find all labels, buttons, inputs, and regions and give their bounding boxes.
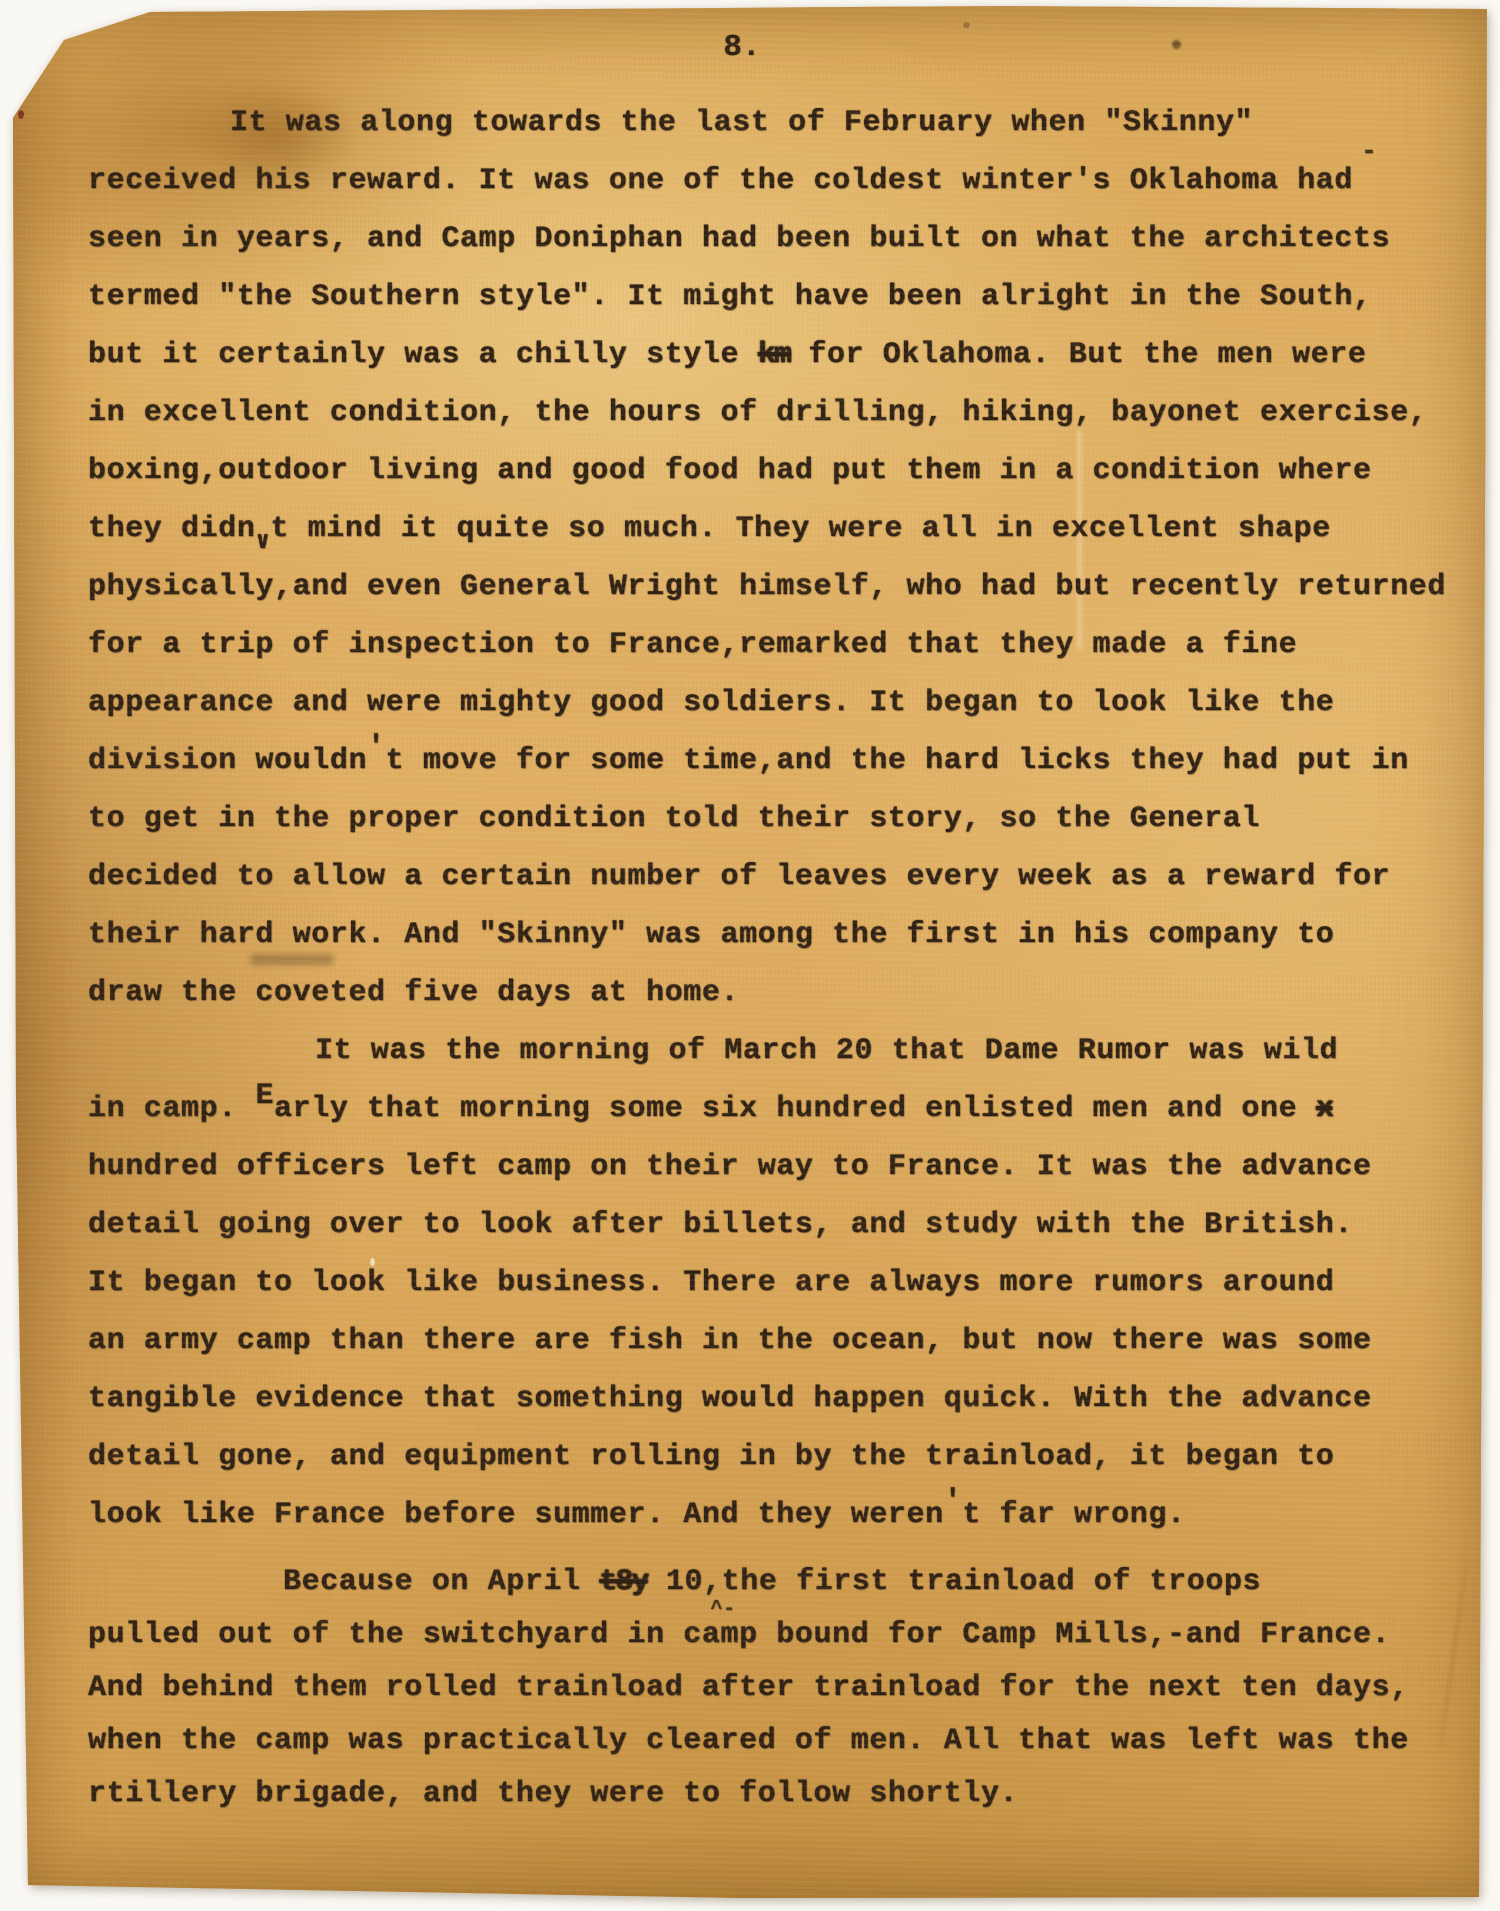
paragraph: It was the morning of March 20 that Dame… (88, 1022, 1463, 1544)
text-line: rtillery brigade, and they were to follo… (88, 1768, 1463, 1821)
manuscript-page: 8. It was along towards the last of Febr… (0, 0, 1500, 1911)
typed-correction: ' (367, 731, 386, 765)
typed-text: tangible evidence that something would h… (88, 1382, 1372, 1416)
text-line: their hard work. And "Skinny" was among … (88, 906, 1463, 964)
typed-text: physically,and even General Wright himse… (88, 570, 1446, 604)
typed-text: look like France before summer. And they… (88, 1498, 944, 1532)
typed-text: their hard work. And "Skinny" was among … (88, 918, 1334, 952)
typed-text: It was along towards the last of Februar… (230, 106, 1253, 140)
typed-text: It was the morning of March 20 that Dame… (315, 1034, 1338, 1068)
typed-text: an army camp than there are fish in the … (88, 1324, 1372, 1358)
text-line: physically,and even General Wright himse… (88, 558, 1463, 616)
paper-speck (963, 22, 970, 28)
typed-text: 10,the first trainload of troops (647, 1565, 1261, 1599)
text-line: pulled out of the switchyard in ca^-mp b… (88, 1609, 1463, 1662)
typed-text: for Oklahoma. But the men were (790, 338, 1367, 372)
typed-text: It began to look like business. There ar… (88, 1266, 1334, 1300)
text-line: decided to allow a certain number of lea… (88, 848, 1463, 906)
text-line: It was along towards the last of Februar… (88, 94, 1463, 152)
text-line: for a trip of inspection to France,remar… (88, 616, 1463, 674)
typed-text: arly that morning some six hundred enlis… (274, 1092, 1316, 1126)
typed-text: Because on April (283, 1565, 599, 1599)
text-line: when the camp was practically cleared of… (88, 1715, 1463, 1768)
typed-text: detail going over to look after billets,… (88, 1208, 1353, 1242)
paper-speck (18, 110, 24, 119)
text-line: received his reward. It was one of the c… (88, 152, 1463, 210)
typed-text: draw the coveted five days at home. (88, 976, 739, 1010)
typed-text: rtillery brigade, and they were to follo… (88, 1777, 1018, 1811)
page-text: It was along towards the last of Februar… (88, 94, 1463, 1821)
text-line: tangible evidence that something would h… (88, 1370, 1463, 1428)
text-line: hundred officers left camp on their way … (88, 1138, 1463, 1196)
typed-correction: t8y (599, 1565, 647, 1599)
typed-text: t far wrong. (962, 1498, 1185, 1532)
text-line: termed "the Southern style". It might ha… (88, 268, 1463, 326)
typed-text: they didn (88, 512, 255, 546)
typed-correction: ∨ (255, 529, 270, 556)
typed-text: pulled out of the switchyard in ca (88, 1618, 721, 1652)
page-number: 8. (0, 30, 1492, 65)
typed-text: mp bound for Camp Mills,-and France. (721, 1618, 1391, 1652)
typed-text: when the camp was practically cleared of… (88, 1724, 1409, 1758)
typed-text: division wouldn (88, 744, 367, 778)
typed-text: And behind them rolled trainload after t… (88, 1671, 1409, 1705)
typed-text: decided to allow a certain number of lea… (88, 860, 1390, 894)
scan-background: 8. It was along towards the last of Febr… (0, 0, 1500, 1911)
typed-text: in camp. (88, 1092, 255, 1126)
typed-text: to get in the proper condition told thei… (88, 802, 1260, 836)
typed-text: t mind it quite so much. They were all i… (271, 512, 1331, 546)
typed-correction: E (255, 1079, 274, 1113)
text-line: detail gone, and equipment rolling in by… (88, 1428, 1463, 1486)
typed-text: appearance and were mighty good soldiers… (88, 686, 1334, 720)
typed-correction: km (758, 338, 790, 372)
text-line: they didn∨t mind it quite so much. They … (88, 500, 1463, 558)
text-line: seen in years, and Camp Doniphan had bee… (88, 210, 1463, 268)
paragraph: It was along towards the last of Februar… (88, 94, 1463, 1022)
text-line: division wouldn't move for some time,and… (88, 732, 1463, 790)
text-line: It began to look like business. There ar… (88, 1254, 1463, 1312)
text-line: an army camp than there are fish in the … (88, 1312, 1463, 1370)
typed-text: termed "the Southern style". It might ha… (88, 280, 1372, 314)
paragraph: Because on April t8y 10,the first trainl… (88, 1556, 1463, 1821)
text-line: appearance and were mighty good soldiers… (88, 674, 1463, 732)
typed-text: for a trip of inspection to France,remar… (88, 628, 1297, 662)
typed-text: t move for some time,and the hard licks … (386, 744, 1409, 778)
text-line: And behind them rolled trainload after t… (88, 1662, 1463, 1715)
typed-text: seen in years, and Camp Doniphan had bee… (88, 222, 1390, 256)
text-line: draw the coveted five days at home. (88, 964, 1463, 1022)
typed-correction: x (1316, 1092, 1332, 1126)
text-line: detail going over to look after billets,… (88, 1196, 1463, 1254)
typed-text: boxing,outdoor living and good food had … (88, 454, 1372, 488)
typed-text: hundred officers left camp on their way … (88, 1150, 1372, 1184)
text-line: It was the morning of March 20 that Dame… (88, 1022, 1463, 1080)
text-line: Because on April t8y 10,the first trainl… (88, 1556, 1463, 1609)
text-line: in excellent condition, the hours of dri… (88, 384, 1463, 442)
text-line: look like France before summer. And they… (88, 1486, 1463, 1544)
typed-text: detail gone, and equipment rolling in by… (88, 1440, 1334, 1474)
text-line: but it certainly was a chilly style km f… (88, 326, 1463, 384)
typed-text: received his reward. It was one of the c… (88, 164, 1353, 198)
typed-correction: ' (944, 1485, 963, 1519)
text-line: in camp. Early that morning some six hun… (88, 1080, 1463, 1138)
typed-text: in excellent condition, the hours of dri… (88, 396, 1427, 430)
text-line: boxing,outdoor living and good food had … (88, 442, 1463, 500)
typed-text: but it certainly was a chilly style (88, 338, 758, 372)
text-line: to get in the proper condition told thei… (88, 790, 1463, 848)
